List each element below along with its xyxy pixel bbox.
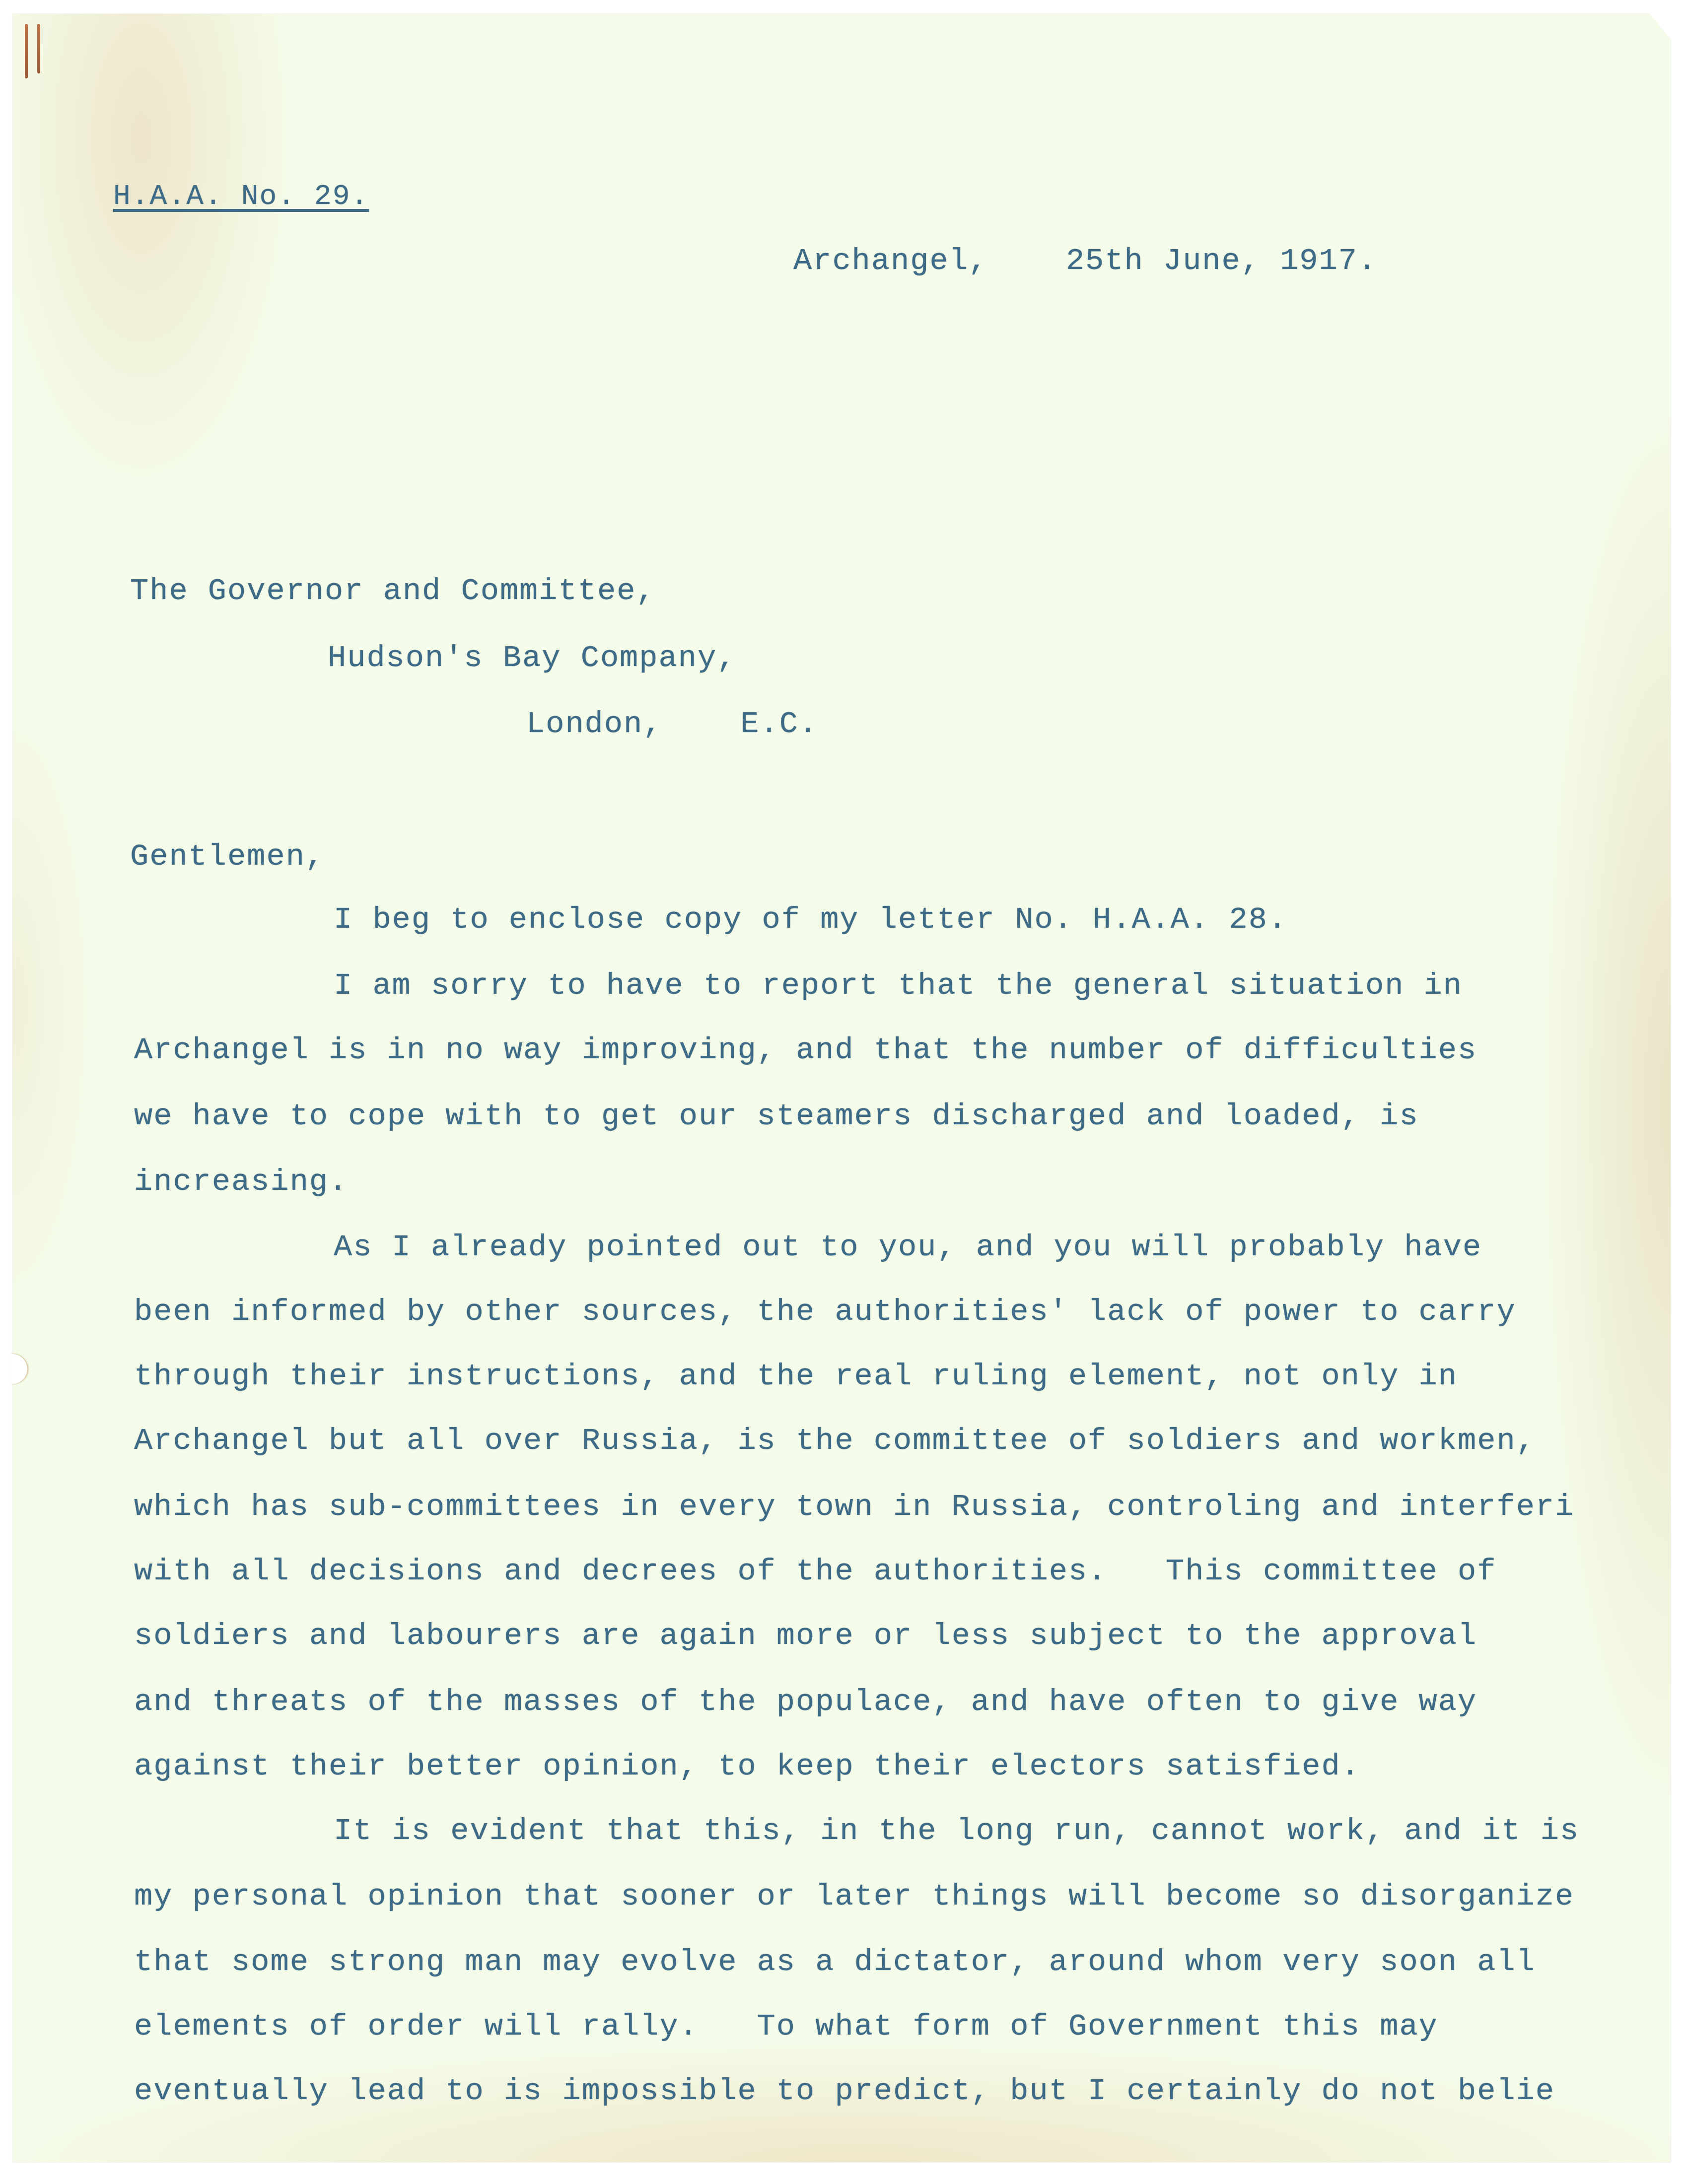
body-line: which has sub-committees in every town i… <box>134 1492 1574 1522</box>
letter-reference-number: H.A.A. No. 29. <box>113 183 369 211</box>
body-line: Archangel is in no way improving, and th… <box>134 1035 1477 1066</box>
recipient-line-2: Hudson's Bay Company, <box>328 643 736 674</box>
folded-corner <box>1649 13 1672 40</box>
body-line: been informed by other sources, the auth… <box>134 1297 1516 1327</box>
staple-mark <box>25 24 28 78</box>
body-line: As I already pointed out to you, and you… <box>334 1232 1482 1263</box>
salutation: Gentlemen, <box>130 841 325 872</box>
body-line: through their instructions, and the real… <box>134 1361 1458 1392</box>
body-line: It is evident that this, in the long run… <box>334 1816 1579 1846</box>
recipient-line-3: London, E.C. <box>526 709 818 740</box>
body-line: eventually lead to is impossible to pred… <box>134 2076 1555 2107</box>
body-line: I beg to enclose copy of my letter No. H… <box>334 904 1287 935</box>
body-line: against their better opinion, to keep th… <box>134 1751 1360 1782</box>
dateline: Archangel, 25th June, 1917. <box>793 246 1377 276</box>
recipient-city: London, <box>526 706 662 742</box>
body-line: soldiers and labourers are again more or… <box>134 1621 1477 1651</box>
place: Archangel, <box>793 243 988 278</box>
body-line: elements of order will rally. To what fo… <box>134 2011 1438 2042</box>
torn-edge-notch <box>10 1354 27 1384</box>
body-line: and threats of the masses of the populac… <box>134 1687 1477 1717</box>
body-line: I am sorry to have to report that the ge… <box>334 970 1463 1001</box>
staple-mark <box>37 24 40 73</box>
body-line: that some strong man may evolve as a dic… <box>134 1947 1536 1978</box>
body-line: we have to cope with to get our steamers… <box>134 1101 1419 1132</box>
recipient-district: E.C. <box>740 706 818 742</box>
body-line: increasing. <box>134 1166 348 1197</box>
body-line: my personal opinion that sooner or later… <box>134 1881 1574 1912</box>
date: 25th June, 1917. <box>1066 243 1377 278</box>
body-line: Archangel but all over Russia, is the co… <box>134 1426 1536 1456</box>
body-line: with all decisions and decrees of the au… <box>134 1556 1496 1587</box>
recipient-line-1: The Governor and Committee, <box>130 576 656 607</box>
